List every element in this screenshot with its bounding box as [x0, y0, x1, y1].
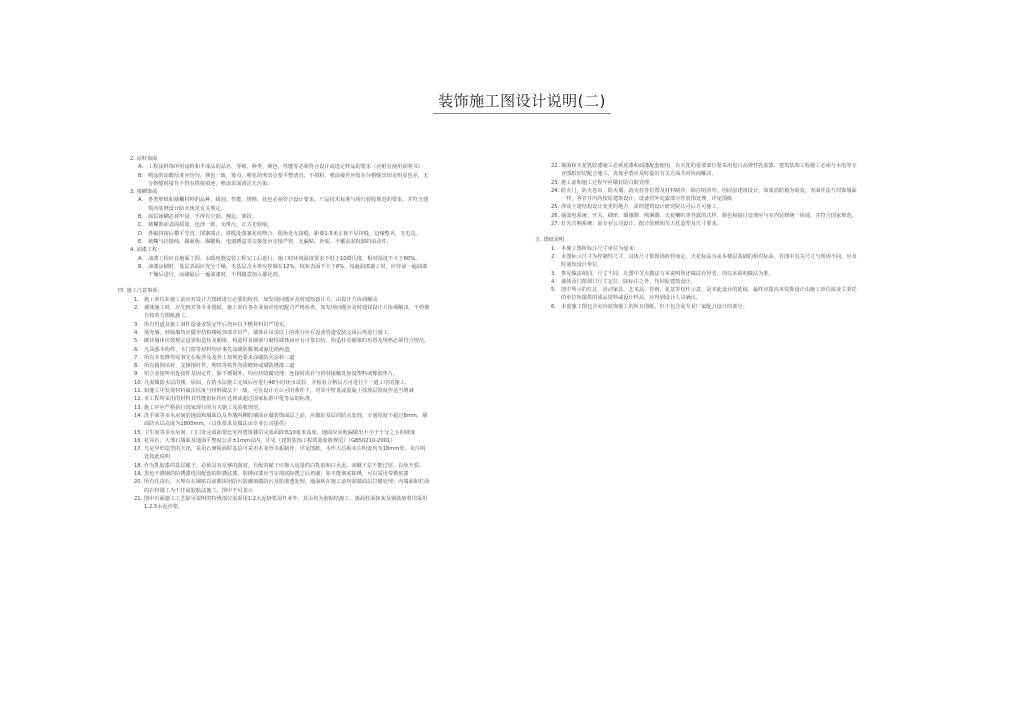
- item-number: 14.: [134, 412, 142, 420]
- list-item: 19.黑色不锈钢的防锈漆选用配套的防锈底漆，防锈底漆应当在彻底除锈之后再刷，如不…: [130, 470, 430, 478]
- item-number: 18.: [134, 462, 142, 470]
- item-text: 填充墙、轻隔墙均应做至结构楼板顶部并封严，墙体在吊顶以上的部分应在设备管道安装完…: [144, 329, 430, 337]
- item-text: 凡需做防水层的楼、屋面，在防水层施工完成后应进行48小时闭水试验，并检验合格后方…: [144, 379, 430, 387]
- spacer: [130, 279, 430, 287]
- list-item: B.面层裱糊必须牢固，不得有空鼓、翘边、皱折。: [130, 213, 430, 221]
- list-item: 26.强弱电系统：开关、插座、烟感器、喷淋器、天花喇叭等外露的式样，颜色和接口处…: [547, 212, 857, 220]
- list-item: 6.本套施工图包含室内装饰施工的所有图纸，但不包含需专业厂家配合设计的部分。: [547, 303, 857, 311]
- list-item: 10.凡需做防水层的楼、屋面，在防水层施工完成后应进行48小时闭水试验，并检验合…: [130, 379, 430, 387]
- item-number: 27.: [551, 220, 559, 228]
- item-text: 油漆工程应在地面工程、水暖电器安装工程完工后进行，施工时环境温度要求不低于10摄…: [148, 255, 430, 263]
- item-number: 25.: [551, 203, 559, 211]
- list-item: 8.所有圆钢吊杆、支撑钢杆件、埋铁等铁件均需镀锌或刷防锈漆三道: [130, 362, 430, 370]
- item-number: 5.: [551, 286, 556, 294]
- list-item: B.油漆涂刷时，基层表面应充分干燥，木基层含水率应控制在12%，抹灰表面不大于8…: [130, 263, 430, 280]
- item-text: 本图标示尺寸为控制性尺寸，具体尺寸依现场放样而定，天花标高为从本楼层基础的相对标…: [561, 253, 857, 270]
- item-text: 图中所示的灯具、活动家具、艺术品、挂画、花盆等仅作示意，是本此设计的延续，最终应…: [561, 286, 857, 303]
- item-number: 1.: [551, 245, 556, 253]
- item-number: 4.: [551, 278, 556, 286]
- item-text: 凡是异形造型的天花，采用石膏板面时基层可采用木龙骨夹板制作，详见图纸，木作大芯板…: [144, 445, 430, 462]
- list-item: 13.施工中应严格执行国家现行的有关施工及验收规范。: [130, 404, 430, 412]
- list-item: 5.图中所示的灯具、活动家具、艺术品、挂画、花盆等仅作示意，是本此设计的延续，最…: [547, 286, 857, 303]
- item-text: 施工单位在施工前应对设计方图纸进行必要的校对，如发现问题应及时通知设计方，由设计…: [144, 296, 430, 304]
- list-item: 27.灯光音响系统：由专业公司设计，配合装修相关天花造型及尺寸要求。: [547, 220, 857, 228]
- list-item: 2.本图标示尺寸为控制性尺寸，具体尺寸依现场放样而定，天花标高为从本楼层基础的相…: [547, 253, 857, 270]
- item-number: A.: [138, 255, 143, 263]
- list-item: 18.作为乳胶漆的基层腻子，必须具有足够的强度，自配的腻子应掺入适量的白乳胶和白…: [130, 462, 430, 470]
- list-item: D.各幅拼接后横平竖直，图案端正，拼缝处图案花纹吻合，阳角处无接缝，距离1.5米…: [130, 230, 430, 238]
- right-column: 22.墙面和天花乳胶漆施工必须底漆和面漆配套使用，在天花的重要部位要采用进口高弹…: [547, 162, 857, 311]
- item-text: 灯光音响系统：由专业公司设计，配合装修相关天花造型及尺寸要求。: [561, 220, 857, 228]
- item-number: 12.: [134, 395, 142, 403]
- item-number: B.: [138, 172, 143, 180]
- item-text: 裱糊饰面表面质量，色泽一致，无斑污，正式无胶痕。: [148, 221, 430, 229]
- section: 4. 油漆工程：A.油漆工程应在地面工程、水暖电器安装工程完工后进行，施工时环境…: [130, 246, 430, 279]
- list-item: 22.墙面和天花乳胶漆施工必须底漆和面漆配套使用，在天花的重要部位要采用进口高弹…: [547, 162, 857, 179]
- list-item: E.裱糊与挂镜线、踢面板、踢脚板、电器槽盒等交接处应交接严密，无漏贴、补贴，不覆…: [130, 238, 430, 246]
- item-text: 黑色不锈钢的防锈漆选用配套的防锈底漆，防锈底漆应当在彻底除锈之后再刷，如不能彻底…: [144, 470, 430, 478]
- item-text: 墙面和天花乳胶漆施工必须底漆和面漆配套使用，在天花的重要部位要采用进口高弹性乳胶…: [561, 162, 857, 179]
- item-text: 花岗石，大理石墙面及地面平整度公差±1mm以内，详见《建筑装饰工程质量验收规范》…: [144, 437, 430, 445]
- item-number: 4.: [134, 329, 139, 337]
- item-number: 11.: [134, 387, 142, 395]
- item-text: 喷涂的涂膜厚度应均匀，颜色一致，皱点、喷花的突出点要平整清直，不掉粉，喷涂接茬应…: [148, 172, 430, 189]
- item-number: D.: [138, 230, 144, 238]
- list-item: 1.施工单位在施工前应对设计方图纸进行必要的校对，如发现问题应及时通知设计方，由…: [130, 296, 430, 304]
- item-text: 涉及土建结构设计变更的地方，需经建筑设计研究院认可后方可施工。: [561, 203, 857, 211]
- title-underline: [433, 113, 611, 114]
- list-item: 23.施工前和施工过程中应做好防白蚁处理。: [547, 179, 857, 187]
- item-number: 13.: [134, 404, 142, 412]
- item-text: 卫生间等多水房间，门口处完成面要比室内建筑楼层完成面降低10毫米高度，地面应向地…: [144, 429, 430, 437]
- list-item: A.油漆工程应在地面工程、水暖电器安装工程完工后进行，施工时环境温度要求不低于1…: [130, 255, 430, 263]
- list-item: 6.凡高强木构件、木门窗等材料均应事先涂刷防腐剂或氟化钠两道。: [130, 346, 430, 354]
- item-text: 图中石面施工工艺除另说明的特殊部位需采用1:2水泥砂浆湿作业外，其余均为胶粘结施…: [144, 495, 430, 512]
- list-item: 5.砌块墙体应按规定设置构造柱及圈梁，构造柱及圈梁与砌块墙体间应有可靠拉结，构造…: [130, 337, 430, 345]
- item-number: 15.: [134, 429, 142, 437]
- item-text: 各类壁纸和裱糊材料的品种、级别、性能、规格、花色必须符合设计要求，产品技术标准与…: [148, 196, 430, 213]
- item-text: 本工程所采用的材料其性能指标均应达到或超过国家标准中优等品的标准。: [144, 395, 430, 403]
- list-item: 4.填充墙、轻隔墙均应做至结构楼板顶部并封严，墙体在吊顶以上的部分应在设备管道安…: [130, 329, 430, 337]
- list-item: 3.参见做法相同，尺寸不同，凡图中节点做法与本说明所述做法有异者，均以本说明做法…: [547, 270, 857, 278]
- item-number: A.: [138, 196, 143, 204]
- list-item: 1.本施工图所标注尺寸单位为毫米：: [547, 245, 857, 253]
- item-number: 17.: [134, 445, 142, 453]
- item-number: 10.: [134, 379, 142, 387]
- list-item: 12.本工程所采用的材料其性能指标均应达到或超过国家标准中优等品的标准。: [130, 395, 430, 403]
- item-number: 19.: [134, 470, 142, 478]
- item-text: 施工前和施工过程中应做好防白蚁处理。: [561, 179, 857, 187]
- item-text: 面层裱糊必须牢固，不得有空鼓、翘边、皱折。: [148, 213, 430, 221]
- item-text: 所有花岗石，大理石在铺贴以前都需用防污防潮剂做防污及防渗透处理，地面砖在施工前均…: [144, 478, 430, 495]
- list-item: 3.所有管道及施工洞件设备安装完毕后均应以不燃材料封严堵实。: [130, 321, 430, 329]
- list-item: 7.所有木装修均需事先在板背及龙骨上按规范要求涂刷防火涂料三道: [130, 354, 430, 362]
- list-item: 24.防火门，防火卷帘，防火墙，消火栓等位置及材料制作，除注明者外，均同原建筑设…: [547, 187, 857, 204]
- list-item: 17.凡是异形造型的天花，采用石膏板面时基层可采用木龙骨夹板制作，详见图纸，木作…: [130, 445, 430, 462]
- item-number: 2.: [134, 304, 139, 312]
- item-text: 如施工中发现材料做法厚度与材料做法不一致，可在设计方认可的条件下，对其中壁龛或混…: [144, 387, 430, 395]
- item-text: 各幅拼接后横平竖直，图案端正，拼缝处图案花纹吻合，阳角处无接缝，距离1.5米正视…: [148, 230, 430, 238]
- item-text: 工程涂料饰所用涂料和半成品的品名、等级、种类、颜色、性能等必须符合设计或选定样品…: [148, 163, 430, 171]
- item-text: 本套施工图包含室内装饰施工的所有图纸，但不包含需专业厂家配合设计的部分。: [561, 303, 857, 311]
- document-title: 装饰施工图设计说明(二): [437, 90, 607, 114]
- item-number: 5.: [134, 337, 139, 345]
- item-text: 裱糊与挂镜线、踢面板、踢脚板、电器槽盒等交接处应交接严密，无漏贴、补贴，不覆盖需…: [148, 238, 430, 246]
- item-number: 6.: [551, 303, 556, 311]
- section: 3. 裱糊饰面A.各类壁纸和裱糊材料的品种、级别、性能、规格、花色必须符合设计要…: [130, 188, 430, 246]
- item-number: 3.: [134, 321, 139, 329]
- list-item: 9.铝合金窗所用连接件及固定件，除不锈钢外，均应经防腐处理，连接时需在与铝材接触…: [130, 370, 430, 378]
- list-item: 14.洗手间等多水房间的地面和墙面以及外墙内侧的墙面在做装饰面层之前，应做好基层…: [130, 412, 430, 429]
- section: 2. 涂料饰面A.工程涂料饰所用涂料和半成品的品名、等级、种类、颜色、性能等必须…: [130, 155, 430, 188]
- list-item: 21.图中石面施工工艺除另说明的特殊部位需采用1:2水泥砂浆湿作业外，其余均为胶…: [130, 495, 430, 512]
- list-item: 11.如施工中发现材料做法厚度与材料做法不一致，可在设计方认可的条件下，对其中壁…: [130, 387, 430, 395]
- item-text: 砌块墙体应按规定设置构造柱及圈梁，构造柱及圈梁与砌块墙体间应有可靠拉结，构造柱及…: [144, 337, 430, 345]
- item-text: 强弱电系统：开关、插座、烟感器、喷淋器、天花喇叭等外露的式样，颜色和接口处理应与…: [561, 212, 857, 220]
- item-number: 24.: [551, 187, 559, 195]
- spacer: [547, 228, 857, 236]
- section-heading: 4. 油漆工程：: [130, 246, 430, 254]
- item-number: 16.: [134, 437, 142, 445]
- section: 四. 施工注意事项：1.施工单位在施工前应对设计方图纸进行必要的校对，如发现问题…: [130, 287, 430, 511]
- item-number: 8.: [134, 362, 139, 370]
- item-text: 所有木装修均需事先在板背及龙骨上按规范要求涂刷防火涂料三道: [144, 354, 430, 362]
- item-number: E.: [138, 238, 143, 246]
- item-text: 墙体施工时，应先核对各专业图纸，施工单位各专业间应密切配合严格检查，如发现问题应…: [144, 304, 430, 321]
- item-number: C.: [138, 221, 143, 229]
- item-text: 施工中应严格执行国家现行的有关施工及验收规范。: [144, 404, 430, 412]
- item-text: 铝合金窗所用连接件及固定件，除不锈钢外，均应经防腐处理，连接时需在与铝材接触处加…: [144, 370, 430, 378]
- section: 五. 图纸说明1.本施工图所标注尺寸单位为毫米：2.本图标示尺寸为控制性尺寸，具…: [547, 236, 857, 311]
- item-text: 洗手间等多水房间的地面和墙面以及外墙内侧的墙面在做装饰面层之前，应做好基层的防水…: [144, 412, 430, 429]
- section-heading: 五. 图纸说明: [535, 236, 857, 244]
- list-item: 20.所有花岗石，大理石在铺贴以前都需用防污防潮剂做防污及防渗透处理，地面砖在施…: [130, 478, 430, 495]
- item-text: 所有圆钢吊杆、支撑钢杆件、埋铁等铁件均需镀锌或刷防锈漆三道: [144, 362, 430, 370]
- item-number: 21.: [134, 495, 142, 503]
- list-item: A.各类壁纸和裱糊材料的品种、级别、性能、规格、花色必须符合设计要求，产品技术标…: [130, 196, 430, 213]
- item-number: 7.: [134, 354, 139, 362]
- list-item: 16.花岗石，大理石墙面及地面平整度公差±1mm以内，详见《建筑装饰工程质量验收…: [130, 437, 430, 445]
- section-heading: 2. 涂料饰面: [130, 155, 430, 163]
- list-item: 25.涉及土建结构设计变更的地方，需经建筑设计研究院认可后方可施工。: [547, 203, 857, 211]
- item-number: 3.: [551, 270, 556, 278]
- section-heading: 四. 施工注意事项：: [118, 287, 430, 295]
- item-number: 26.: [551, 212, 559, 220]
- list-item: C.裱糊饰面表面质量，色泽一致，无斑污，正式无胶痕。: [130, 221, 430, 229]
- section-heading: 3. 裱糊饰面: [130, 188, 430, 196]
- item-number: 23.: [551, 179, 559, 187]
- item-number: 9.: [134, 370, 139, 378]
- item-number: B.: [138, 263, 143, 271]
- list-item: 4.墙体及门窗洞口尺寸定位，除标注之外，均同原建筑设计。: [547, 278, 857, 286]
- item-text: 所有管道及施工洞件设备安装完毕后均应以不燃材料封严堵实。: [144, 321, 430, 329]
- list-item: A.工程涂料饰所用涂料和半成品的品名、等级、种类、颜色、性能等必须符合设计或选定…: [130, 163, 430, 171]
- list-item: 2.墙体施工时，应先核对各专业图纸，施工单位各专业间应密切配合严格检查，如发现问…: [130, 304, 430, 321]
- item-number: 20.: [134, 478, 142, 486]
- list-item: 15.卫生间等多水房间，门口处完成面要比室内建筑楼层完成面降低10毫米高度，地面…: [130, 429, 430, 437]
- item-text: 墙体及门窗洞口尺寸定位，除标注之外，均同原建筑设计。: [561, 278, 857, 286]
- left-column: 2. 涂料饰面A.工程涂料饰所用涂料和半成品的品名、等级、种类、颜色、性能等必须…: [130, 155, 430, 511]
- item-number: 22.: [551, 162, 559, 170]
- item-number: B.: [138, 213, 143, 221]
- list-item: B.喷涂的涂膜厚度应均匀，颜色一致，皱点、喷花的突出点要平整清直，不掉粉，喷涂接…: [130, 172, 430, 189]
- item-text: 作为乳胶漆的基层腻子，必须具有足够的强度，自配的腻子应掺入适量的白乳胶和白水泥，…: [144, 462, 430, 470]
- item-text: 本施工图所标注尺寸单位为毫米：: [561, 245, 857, 253]
- item-text: 防火门，防火卷帘，防火墙，消火栓等位置及材料制作，除注明者外，均同原建筑设计，如…: [561, 187, 857, 204]
- item-number: 1.: [134, 296, 139, 304]
- item-text: 凡高强木构件、木门窗等材料均应事先涂刷防腐剂或氟化钠两道。: [144, 346, 430, 354]
- item-number: 6.: [134, 346, 139, 354]
- item-number: 2.: [551, 253, 556, 261]
- item-text: 油漆涂刷时，基层表面应充分干燥，木基层含水率应控制在12%，抹灰表面不大于8%，…: [148, 263, 430, 280]
- item-number: A.: [138, 163, 143, 171]
- item-text: 参见做法相同，尺寸不同，凡图中节点做法与本说明所述做法有异者，均以本说明做法为准…: [561, 270, 857, 278]
